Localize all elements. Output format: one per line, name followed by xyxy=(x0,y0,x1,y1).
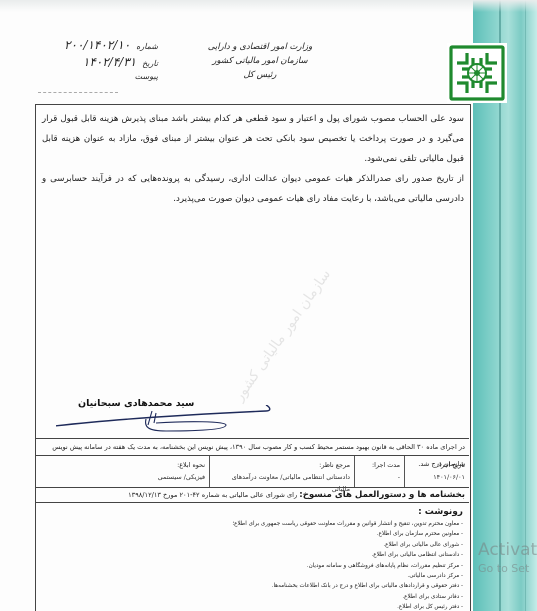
cc-item: - مرکز دادرسی مالیاتی. xyxy=(35,571,463,581)
carbon-copy-section: رونوشت : - معاون محترم تدوین، تنقیح و ان… xyxy=(35,502,469,611)
delivery-label: نحوه ابلاغ: xyxy=(39,459,205,471)
letter-meta: شماره ۲۰۰/۱۴۰۲/۱۰ تاریخ ۱۴۰۲/۴/۳۱ پیوست xyxy=(8,38,158,89)
delivery-method-cell: نحوه ابلاغ: فیزیکی/ سیستمی xyxy=(35,456,209,488)
attachment-label: پیوست xyxy=(135,72,158,81)
body-paragraph: سود علی الحساب مصوب شورای پول و اعتبار و… xyxy=(42,109,464,169)
authority-label: مرجع ناظر: xyxy=(214,459,350,471)
duration-value: - xyxy=(359,471,400,483)
faint-stamp-watermark: سازمان امور مالیاتی کشور xyxy=(231,267,334,405)
cc-item: - معاون محترم تدوین، تنقیح و انتشار قوان… xyxy=(35,519,463,529)
go-to-settings-text: Go to Set xyxy=(478,562,537,575)
cc-list: - معاون محترم تدوین، تنقیح و انتشار قوان… xyxy=(35,519,463,611)
scan-shadow xyxy=(0,0,537,12)
number-value: ۲۰۰/۱۴۰۲/۱۰ xyxy=(64,38,130,52)
activate-text: Activate xyxy=(478,540,537,560)
folder-crease xyxy=(525,0,526,611)
draft-publication-notice: در اجرای ماده ۳۰ الحاقی به قانون بهبود م… xyxy=(35,438,469,455)
cc-item: - شورای عالی مالیاتی برای اطلاع. xyxy=(35,540,463,550)
number-label: شماره xyxy=(136,42,158,51)
cc-item: - معاونین محترم سازمان برای اطلاع. xyxy=(35,529,463,539)
organization-header: وزارت امور اقتصادی و دارایی سازمان امور … xyxy=(190,40,330,82)
cc-item: - دفتر رئیس کل برای اطلاع. xyxy=(35,602,463,611)
execution-date-label: تاریخ اجرا: xyxy=(409,459,465,471)
cc-item: - دادستانی انتظامی مالیاتی برای اطلاع. xyxy=(35,550,463,560)
windows-activation-watermark: Activate Go to Set xyxy=(478,540,537,575)
execution-date-value: ۱۴۰۱/۰۶/۰۱ xyxy=(409,471,465,483)
execution-date-cell: تاریخ اجرا: ۱۴۰۱/۰۶/۰۱ xyxy=(404,456,469,488)
letter-body: سود علی الحساب مصوب شورای پول و اعتبار و… xyxy=(42,109,464,209)
cc-item: - مرکز تنظیم مقررات، نظام پایانه‌های فرو… xyxy=(35,561,463,571)
attachment-line xyxy=(38,92,118,93)
body-paragraph: از تاریخ صدور رای صدرالذکر هیات عمومی دی… xyxy=(42,169,464,209)
execution-info-table: تاریخ اجرا: ۱۴۰۱/۰۶/۰۱ مدت اجرا: - مرجع … xyxy=(35,455,469,488)
organization-name: سازمان امور مالیاتی کشور xyxy=(190,54,330,68)
cc-item: - دفاتر ستادی برای اطلاع. xyxy=(35,592,463,602)
date-value: ۱۴۰۲/۴/۳۱ xyxy=(83,55,136,69)
tax-organization-emblem-icon xyxy=(447,43,507,103)
delivery-value: فیزیکی/ سیستمی xyxy=(39,471,205,483)
cc-item: - دفتر حقوقی و قراردادهای مالیاتی برای ا… xyxy=(35,581,463,591)
duration-cell: مدت اجرا: - xyxy=(354,456,404,488)
attachment-row: پیوست xyxy=(8,72,158,89)
letter-date-row: تاریخ ۱۴۰۲/۴/۳۱ xyxy=(8,55,158,72)
superseded-label: بخشنامه ها و دستورالعمل های منسوخ: xyxy=(299,490,465,500)
cc-title: رونوشت : xyxy=(35,507,463,517)
superseded-value: رای شورای عالی مالیاتی به شماره ۴۲-۲۰۱ م… xyxy=(128,491,297,499)
duration-label: مدت اجرا: xyxy=(359,459,400,471)
date-label: تاریخ xyxy=(142,59,158,68)
letter-number-row: شماره ۲۰۰/۱۴۰۲/۱۰ xyxy=(8,38,158,55)
authority-cell: مرجع ناظر: دادستانی انتظامی مالیاتی/ معا… xyxy=(209,456,354,488)
office-title: رئیس کل xyxy=(190,68,330,82)
superseded-circulars: بخشنامه ها و دستورالعمل های منسوخ: رای ش… xyxy=(35,487,469,502)
ministry-name: وزارت امور اقتصادی و دارایی xyxy=(190,40,330,54)
